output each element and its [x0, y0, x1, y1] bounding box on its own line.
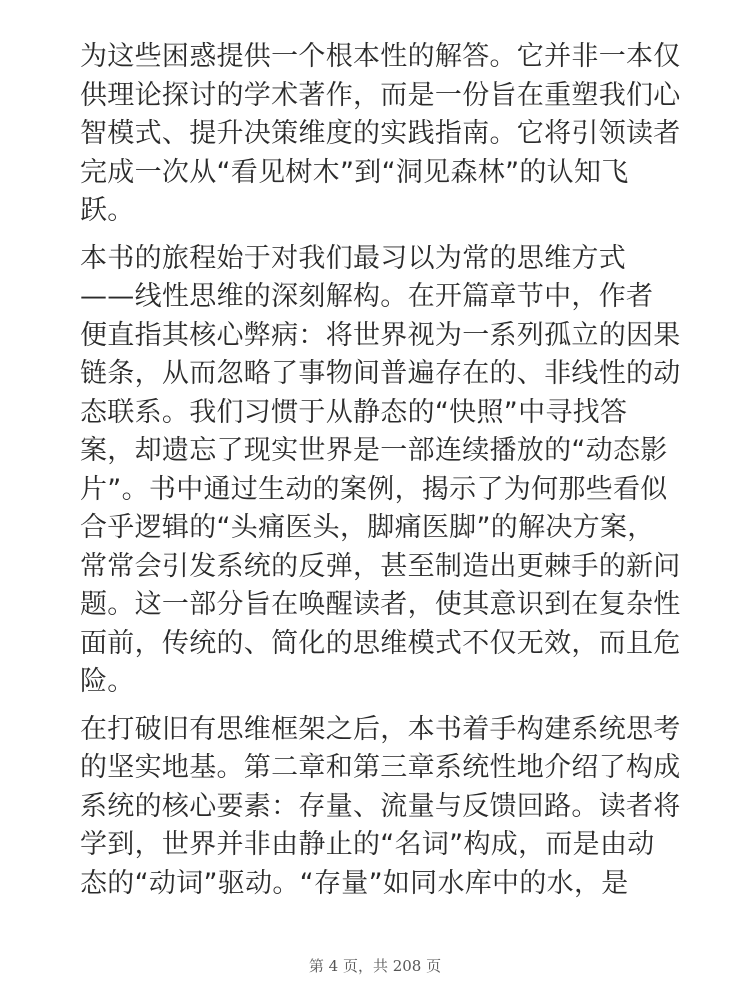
text-line: 险。 [80, 663, 676, 702]
text-line: 智模式、提升决策维度的实践指南。它将引领读者 [80, 115, 676, 154]
text-line: 态联系。我们习惯于从静态的“快照”中寻找答 [80, 394, 676, 433]
text-line: 态的“动词”驱动。“存量”如同水库中的水，是 [80, 865, 676, 904]
paragraph-2: 本书的旅程始于对我们最习以为常的思维方式 ——线性思维的深刻解构。在开篇章节中，… [80, 240, 676, 702]
text-line: 便直指其核心弊病：将世界视为一系列孤立的因果 [80, 317, 676, 356]
text-line: 片”。书中通过生动的案例，揭示了为何那些看似 [80, 471, 676, 510]
text-line: 常常会引发系统的反弹，甚至制造出更棘手的新问 [80, 548, 676, 587]
text-line: 题。这一部分旨在唤醒读者，使其意识到在复杂性 [80, 586, 676, 625]
paragraph-1: 为这些困惑提供一个根本性的解答。它并非一本仅 供理论探讨的学术著作，而是一份旨在… [80, 38, 676, 231]
text-line: 链条，从而忽略了事物间普遍存在的、非线性的动 [80, 355, 676, 394]
paragraph-3: 在打破旧有思维框架之后，本书着手构建系统思考 的坚实地基。第二章和第三章系统性地… [80, 711, 676, 904]
text-line: 完成一次从“看见树木”到“洞见森林”的认知飞 [80, 154, 676, 193]
text-line: 的坚实地基。第二章和第三章系统性地介绍了构成 [80, 749, 676, 788]
text-line: 合乎逻辑的“头痛医头，脚痛医脚”的解决方案， [80, 509, 676, 548]
document-page: 为这些困惑提供一个根本性的解答。它并非一本仅 供理论探讨的学术著作，而是一份旨在… [80, 38, 676, 912]
text-line: 面前，传统的、简化的思维模式不仅无效，而且危 [80, 625, 676, 664]
text-line: 系统的核心要素：存量、流量与反馈回路。读者将 [80, 788, 676, 827]
text-line: 学到，世界并非由静止的“名词”构成，而是由动 [80, 826, 676, 865]
text-line: 为这些困惑提供一个根本性的解答。它并非一本仅 [80, 38, 676, 77]
text-line: 案，却遗忘了现实世界是一部连续播放的“动态影 [80, 432, 676, 471]
text-line: ——线性思维的深刻解构。在开篇章节中，作者 [80, 278, 676, 317]
text-line: 供理论探讨的学术著作，而是一份旨在重塑我们心 [80, 77, 676, 116]
text-line: 跃。 [80, 192, 676, 231]
text-line: 本书的旅程始于对我们最习以为常的思维方式 [80, 240, 676, 279]
page-indicator: 第 4 页，共 208 页 [0, 955, 750, 976]
text-line: 在打破旧有思维框架之后，本书着手构建系统思考 [80, 711, 676, 750]
